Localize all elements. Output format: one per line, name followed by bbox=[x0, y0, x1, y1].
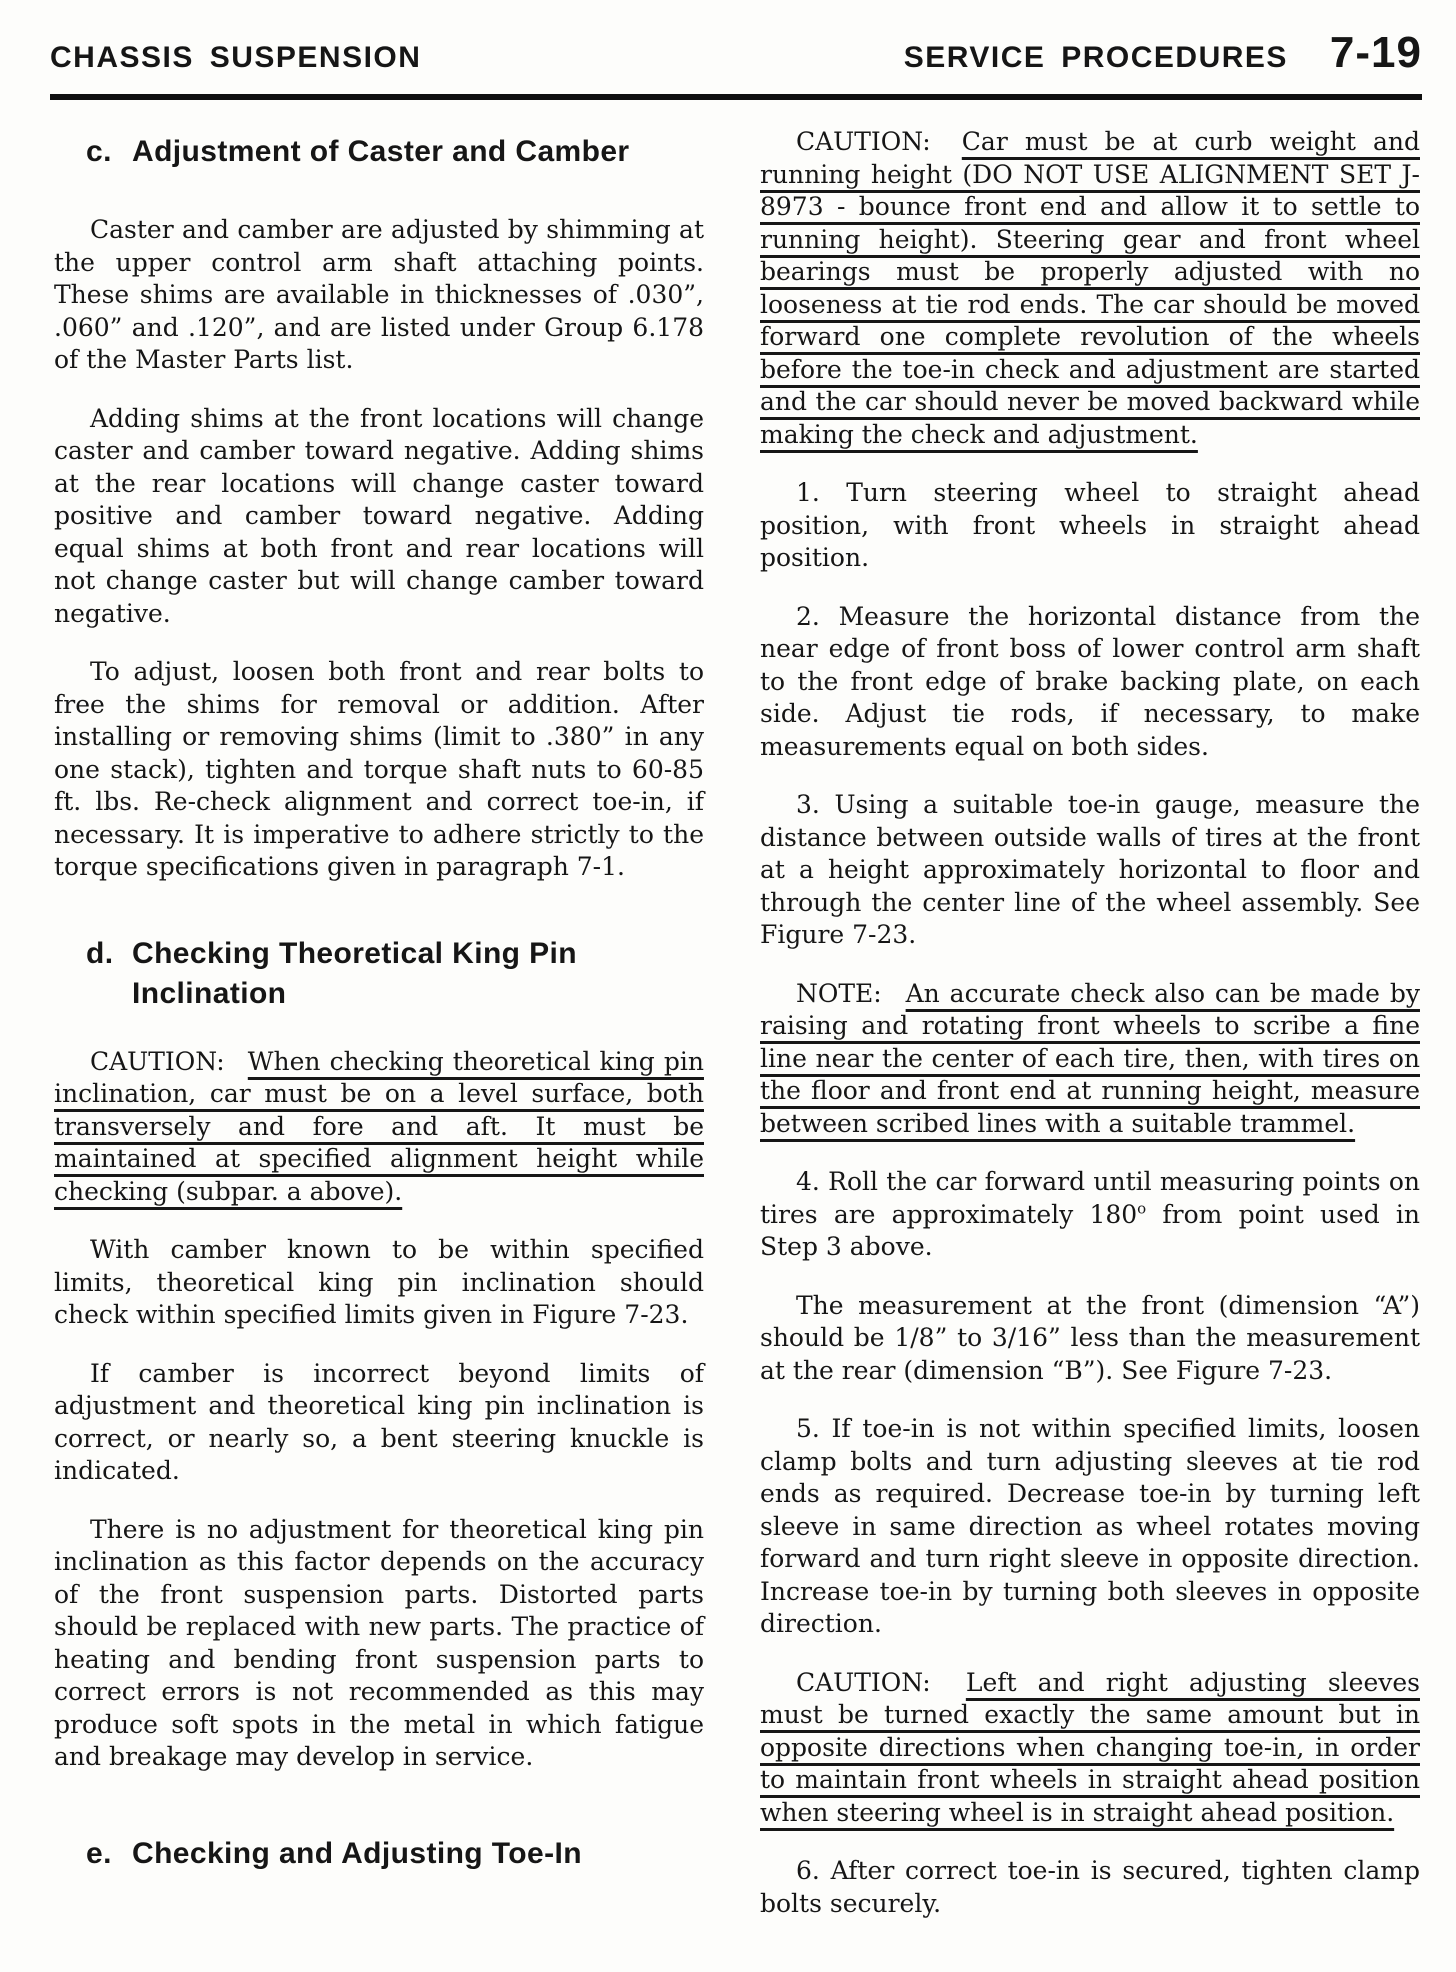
header-chapter-title: SERVICE PROCEDURES bbox=[904, 41, 1288, 75]
step-5-paragraph: 5. If toe-in is not within specified lim… bbox=[760, 1413, 1420, 1641]
section-e-title: Checking and Adjusting Toe-In bbox=[132, 1834, 704, 1874]
caution-curb-weight-paragraph: CAUTION: Car must be at curb weight and … bbox=[760, 126, 1420, 451]
note-label: NOTE: bbox=[796, 979, 882, 1008]
paragraph-adding-shims: Adding shims at the front locations will… bbox=[54, 403, 704, 631]
right-column: CAUTION: Car must be at curb weight and … bbox=[760, 126, 1420, 1920]
caution-label: CAUTION: bbox=[796, 127, 931, 156]
caution-kingpin-paragraph: CAUTION: When checking theoretical king … bbox=[54, 1046, 704, 1209]
step-1-paragraph: 1. Turn steering wheel to straight ahead… bbox=[760, 477, 1420, 575]
caution-label: CAUTION: bbox=[796, 1668, 931, 1697]
paragraph-with-camber: With camber known to be within specified… bbox=[54, 1234, 704, 1332]
caution-label: CAUTION: bbox=[90, 1047, 225, 1076]
step-2-paragraph: 2. Measure the horizontal distance from … bbox=[760, 601, 1420, 764]
section-d-heading: d. Checking Theoretical King Pin Inclina… bbox=[54, 934, 704, 1014]
header-right-group: SERVICE PROCEDURES 7-19 bbox=[904, 28, 1422, 78]
section-d-title: Checking Theoretical King Pin Inclinatio… bbox=[132, 934, 704, 1014]
paragraph-no-adjustment: There is no adjustment for theoretical k… bbox=[54, 1514, 704, 1774]
section-e-letter: e. bbox=[86, 1834, 132, 1874]
content-columns: c. Adjustment of Caster and Camber Caste… bbox=[50, 100, 1422, 1920]
header-section-title: CHASSIS SUSPENSION bbox=[50, 41, 421, 75]
section-d-letter: d. bbox=[86, 934, 132, 1014]
section-e-heading: e. Checking and Adjusting Toe-In bbox=[54, 1834, 704, 1874]
caution-curb-weight-text: Car must be at curb weight and running h… bbox=[760, 127, 1420, 449]
section-c-letter: c. bbox=[86, 132, 132, 172]
paragraph-to-adjust: To adjust, loosen both front and rear bo… bbox=[54, 656, 704, 884]
manual-page: CHASSIS SUSPENSION SERVICE PROCEDURES 7-… bbox=[0, 0, 1456, 1972]
step-4-paragraph: 4. Roll the car forward until measuring … bbox=[760, 1166, 1420, 1264]
page-number: 7-19 bbox=[1330, 28, 1422, 78]
paragraph-if-camber: If camber is incorrect beyond limits of … bbox=[54, 1358, 704, 1488]
step-6-paragraph: 6. After correct toe-in is secured, tigh… bbox=[760, 1855, 1420, 1920]
page-header: CHASSIS SUSPENSION SERVICE PROCEDURES 7-… bbox=[50, 28, 1422, 78]
caution-sleeves-paragraph: CAUTION: Left and right adjusting sleeve… bbox=[760, 1667, 1420, 1830]
step-3-paragraph: 3. Using a suitable toe-in gauge, measur… bbox=[760, 789, 1420, 952]
paragraph-measurement: The measurement at the front (dimension … bbox=[760, 1290, 1420, 1388]
section-c-title: Adjustment of Caster and Camber bbox=[132, 132, 704, 172]
degree-superscript: o bbox=[1137, 1199, 1146, 1217]
section-c-heading: c. Adjustment of Caster and Camber bbox=[54, 132, 704, 172]
paragraph-shims-intro: Caster and camber are adjusted by shimmi… bbox=[54, 214, 704, 377]
note-scribe-paragraph: NOTE: An accurate check also can be made… bbox=[760, 978, 1420, 1141]
left-column: c. Adjustment of Caster and Camber Caste… bbox=[54, 126, 704, 1920]
